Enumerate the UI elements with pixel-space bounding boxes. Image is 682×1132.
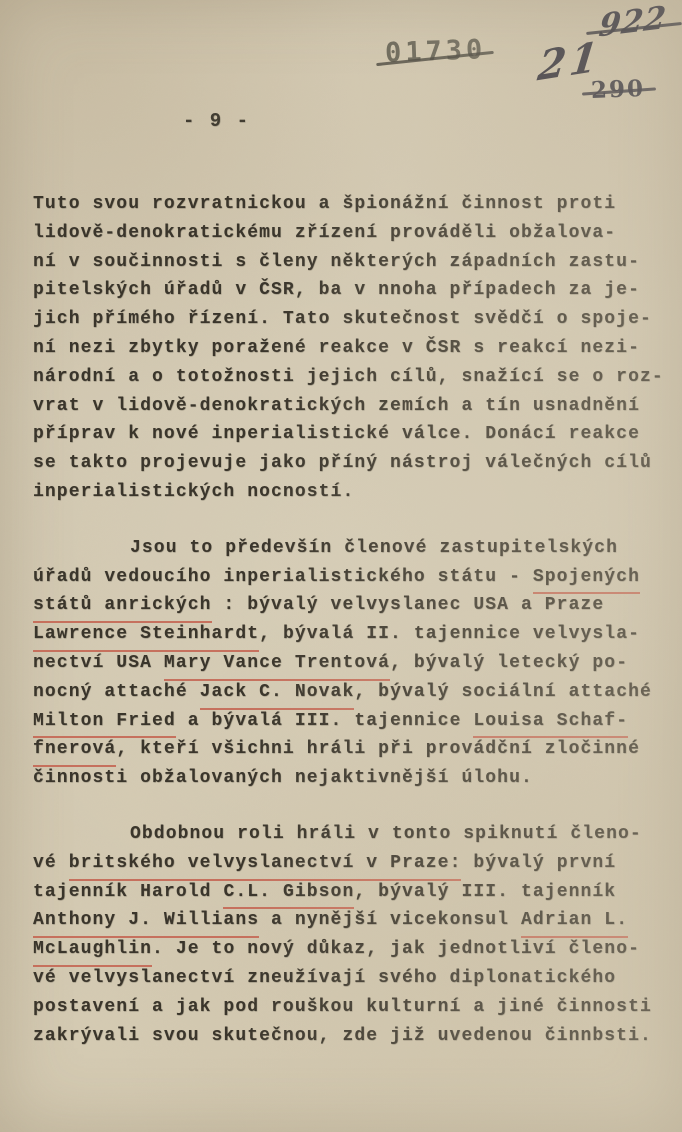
red-underlined-text: C.L. Gibson bbox=[223, 878, 354, 910]
text-line: států anrických : bývalý velvyslanec USA… bbox=[33, 591, 663, 620]
text-segment: zakrývali svou skutečnou, zde již uveden… bbox=[33, 1026, 652, 1046]
text-line: vé britského velvyslanectví v Praze: býv… bbox=[33, 849, 663, 878]
text-line: vrat v lidově-denokratických zemích a tí… bbox=[33, 392, 663, 421]
text-segment: , bývalý letecký po- bbox=[390, 653, 628, 673]
text-line: se takto projevuje jako příný nástroj vá… bbox=[33, 449, 663, 478]
text-segment: Obdobnou roli hráli v tonto spiknutí čle… bbox=[130, 824, 642, 844]
text-line: Anthony J. Willians a nynější vicekonsul… bbox=[33, 906, 663, 935]
red-underlined-text: Anthony J. Willians bbox=[33, 906, 259, 938]
paragraph: Jsou to předevšín členové zastupitelskýc… bbox=[33, 534, 663, 793]
red-underlined-text: McLaughlin bbox=[33, 935, 152, 967]
text-segment: národní a o totožnosti jejich cílů, snaž… bbox=[33, 367, 664, 387]
text-segment: tajenník Harold bbox=[33, 882, 223, 902]
text-line: nocný attaché Jack C. Novak, bývalý soci… bbox=[33, 678, 663, 707]
text-line: národní a o totožnosti jejich cílů, snaž… bbox=[33, 363, 663, 392]
text-line: tajenník Harold C.L. Gibson, bývalý III.… bbox=[33, 878, 663, 907]
text-line: Lawrence Steinhardt, bývalá II. tajennic… bbox=[33, 620, 663, 649]
text-segment: činnosti obžalovaných nejaktivnější úloh… bbox=[33, 768, 533, 788]
text-line: inperialistických nocností. bbox=[33, 478, 663, 507]
text-segment: ní nezi zbytky poražené reakce v ČSR s r… bbox=[33, 338, 640, 358]
scanned-page: 922 01730 21 290 - 9 - Tuto svou rozvrat… bbox=[0, 0, 682, 1132]
text-segment: nectví USA bbox=[33, 653, 164, 673]
red-underlined-text: britského velvyslanectví v Praze: bbox=[69, 849, 462, 881]
text-segment: lidově-denokratickému zřízení prováděli … bbox=[33, 223, 616, 243]
text-line: činnosti obžalovaných nejaktivnější úloh… bbox=[33, 764, 663, 793]
text-line: zakrývali svou skutečnou, zde již uveden… bbox=[33, 1022, 663, 1051]
red-underlined-text: Mary Vance Trentová bbox=[164, 649, 390, 681]
text-line: jich přímého řízení. Tato skutečnost svě… bbox=[33, 305, 663, 334]
text-line: pitelských úřadů v ČSR, ba v nnoha přípa… bbox=[33, 276, 663, 305]
red-underlined-text: Lawrence Steinhardt bbox=[33, 620, 259, 652]
text-line: lidově-denokratickému zřízení prováděli … bbox=[33, 219, 663, 248]
red-underlined-text: Spojených bbox=[533, 563, 640, 595]
red-underlined-text: Milton Fried bbox=[33, 707, 176, 739]
text-line: Milton Fried a bývalá III. tajennice Lou… bbox=[33, 707, 663, 736]
red-underlined-text: států anrických bbox=[33, 591, 212, 623]
paragraph: Tuto svou rozvratnickou a špionážní činn… bbox=[33, 190, 663, 507]
text-segment: a bývalá III. tajennice bbox=[176, 711, 474, 731]
text-line: ní nezi zbytky poražené reakce v ČSR s r… bbox=[33, 334, 663, 363]
text-segment: vé bbox=[33, 853, 69, 873]
text-segment: jich přímého řízení. Tato skutečnost svě… bbox=[33, 309, 652, 329]
text-line: ní v součinnosti s členy některých západ… bbox=[33, 248, 663, 277]
text-line: příprav k nové inperialistické válce. Do… bbox=[33, 420, 663, 449]
text-segment: , bývalý sociální attaché bbox=[354, 682, 652, 702]
text-segment: Jsou to předevšín členové zastupitelskýc… bbox=[130, 538, 618, 558]
text-segment: , bývalá II. tajennice velvysla- bbox=[259, 624, 640, 644]
text-line: McLaughlin. Je to nový důkaz, jak jednot… bbox=[33, 935, 663, 964]
text-segment: úřadů vedoucího inperialistického státu … bbox=[33, 567, 533, 587]
text-segment: a nynější vicekonsul bbox=[259, 910, 521, 930]
text-segment: nocný attaché bbox=[33, 682, 200, 702]
text-segment: se takto projevuje jako příný nástroj vá… bbox=[33, 453, 652, 473]
red-underlined-text: Adrian L. bbox=[521, 906, 628, 938]
page-number: - 9 - bbox=[183, 110, 250, 132]
text-segment: , bývalý III. tajenník bbox=[354, 882, 616, 902]
text-line: fnerová, kteří všichni hráli při provádč… bbox=[33, 735, 663, 764]
text-line: úřadů vedoucího inperialistického státu … bbox=[33, 563, 663, 592]
text-line: Obdobnou roli hráli v tonto spiknutí čle… bbox=[33, 820, 663, 849]
text-line: Tuto svou rozvratnickou a špionážní činn… bbox=[33, 190, 663, 219]
text-segment: . Je to nový důkaz, jak jednotliví členo… bbox=[152, 939, 640, 959]
text-line: vé velvyslanectví zneužívají svého diplo… bbox=[33, 964, 663, 993]
text-segment: příprav k nové inperialistické válce. Do… bbox=[33, 424, 640, 444]
text-line: postavení a jak pod rouškou kulturní a j… bbox=[33, 993, 663, 1022]
text-segment: , kteří všichni hráli při provádční zloč… bbox=[116, 739, 640, 759]
red-underlined-text: Jack C. Novak bbox=[200, 678, 355, 710]
text-segment: : bývalý velvyslanec USA a Praze bbox=[212, 595, 605, 615]
text-segment: inperialistických nocností. bbox=[33, 482, 354, 502]
document-body: Tuto svou rozvratnickou a špionážní činn… bbox=[33, 190, 663, 1050]
text-line: nectví USA Mary Vance Trentová, bývalý l… bbox=[33, 649, 663, 678]
text-segment: vrat v lidově-denokratických zemích a tí… bbox=[33, 396, 640, 416]
text-segment: bývalý první bbox=[461, 853, 616, 873]
handwritten-number-922: 922 bbox=[597, 0, 669, 45]
red-underlined-text: Louisa Schaf- bbox=[473, 707, 628, 739]
paragraph: Obdobnou roli hráli v tonto spiknutí čle… bbox=[33, 820, 663, 1050]
text-segment: postavení a jak pod rouškou kulturní a j… bbox=[33, 997, 652, 1017]
text-line: Jsou to předevšín členové zastupitelskýc… bbox=[33, 534, 663, 563]
text-segment: Tuto svou rozvratnickou a špionážní činn… bbox=[33, 194, 616, 214]
text-segment: ní v součinnosti s členy některých západ… bbox=[33, 252, 640, 272]
red-underlined-text: fnerová bbox=[33, 735, 116, 767]
text-segment: pitelských úřadů v ČSR, ba v nnoha přípa… bbox=[33, 280, 640, 300]
text-segment: vé velvyslanectví zneužívají svého diplo… bbox=[33, 968, 616, 988]
